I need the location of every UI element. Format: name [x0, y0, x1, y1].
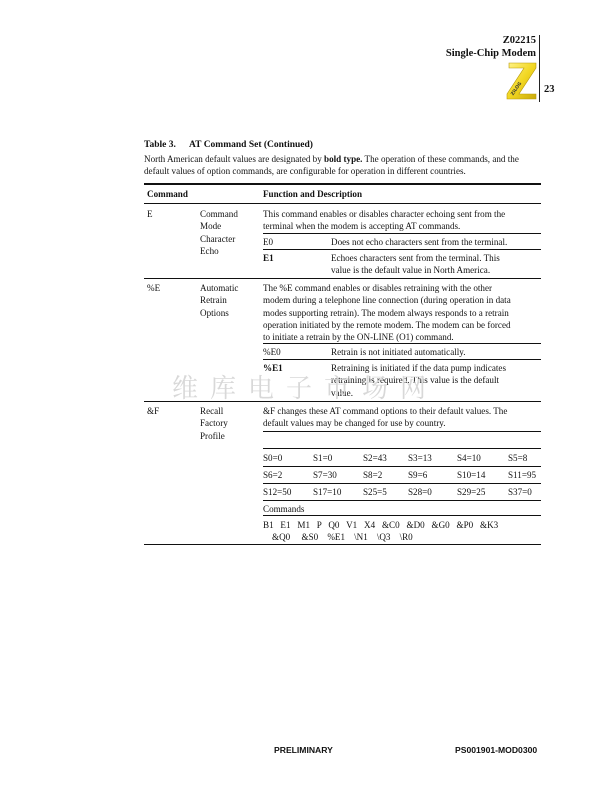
table-rule: [263, 233, 541, 234]
command-description: default values may be changed for use by…: [263, 417, 445, 429]
option-value-default: E1: [263, 252, 274, 264]
command-description: &F changes these AT command options to t…: [263, 405, 507, 417]
table-caption: AT Command Set (Continued): [189, 140, 313, 150]
table-note: North American default values are design…: [144, 153, 544, 178]
command-description: operation initiated by the remote modem.…: [263, 319, 511, 331]
option-description: value is the default value in North Amer…: [331, 264, 490, 276]
s-register-value: S37=0: [508, 486, 532, 498]
table-title: Table 3.AT Command Set (Continued): [144, 140, 313, 150]
document-id: Z02215: [503, 34, 536, 47]
table-rule: [263, 249, 541, 250]
command-description: modem during a telephone line connection…: [263, 294, 511, 306]
s-register-value: S5=8: [508, 452, 527, 464]
s-register-value: S12=50: [263, 486, 291, 498]
command-code: E: [147, 208, 153, 220]
command-description: This command enables or disables charact…: [263, 208, 505, 220]
watermark: 维库电子市场网: [172, 368, 438, 405]
option-description: Does not echo characters sent from the t…: [331, 236, 507, 248]
footer-doc-number: PS001901-MOD0300: [455, 745, 537, 755]
option-value: %E0: [263, 346, 281, 358]
table-note-text: North American default values are design…: [144, 154, 324, 164]
default-commands-list: &Q0 &S0 %E1 \N1 \Q3 \R0: [272, 531, 413, 543]
command-name: Automatic: [200, 282, 238, 294]
column-header-command: Command: [147, 188, 188, 200]
table-rule: [263, 500, 541, 501]
table-rule: [263, 448, 541, 449]
command-description: terminal when the modem is accepting AT …: [263, 220, 460, 232]
command-name: Profile: [200, 430, 225, 442]
s-register-value: S6=2: [263, 469, 282, 481]
s-register-value: S11=95: [508, 469, 536, 481]
s-register-value: S8=2: [363, 469, 382, 481]
command-name: Character: [200, 233, 235, 245]
table-note-bold: bold type.: [324, 154, 362, 164]
table-rule: [263, 483, 541, 484]
table-rule: [263, 343, 541, 344]
zilog-z-logo-icon: ZiLOG: [503, 60, 537, 100]
table-rule: [263, 431, 541, 432]
command-name: Options: [200, 307, 229, 319]
s-register-value: S28=0: [408, 486, 432, 498]
s-register-value: S7=30: [313, 469, 337, 481]
table-rule: [144, 278, 541, 279]
table-number: Table 3.: [144, 140, 189, 150]
s-register-value: S0=0: [263, 452, 282, 464]
s-register-value: S10=14: [457, 469, 485, 481]
command-description: The %E command enables or disables retra…: [263, 282, 492, 294]
table-rule: [144, 183, 541, 185]
command-name: Retrain: [200, 294, 227, 306]
table-rule: [263, 466, 541, 467]
command-description: modes supporting retrain). The modem alw…: [263, 307, 509, 319]
command-name: Recall: [200, 405, 223, 417]
command-name: Command: [200, 208, 238, 220]
s-register-value: S3=13: [408, 452, 432, 464]
s-register-value: S25=5: [363, 486, 387, 498]
page-number: 23: [544, 84, 555, 95]
s-register-value: S4=10: [457, 452, 481, 464]
document-subtitle: Single-Chip Modem: [446, 47, 536, 60]
column-header-function: Function and Description: [263, 188, 362, 200]
table-rule: [144, 544, 541, 545]
option-description: Retrain is not initiated automatically.: [331, 346, 466, 358]
command-name: Echo: [200, 245, 219, 257]
s-register-value: S1=0: [313, 452, 332, 464]
s-register-value: S29=25: [457, 486, 485, 498]
command-code: %E: [147, 282, 160, 294]
option-description: Echoes characters sent from the terminal…: [331, 252, 500, 264]
s-register-value: S9=6: [408, 469, 427, 481]
s-register-value: S17=10: [313, 486, 341, 498]
s-register-value: S2=43: [363, 452, 387, 464]
command-name: Mode: [200, 220, 221, 232]
table-rule: [144, 203, 541, 204]
table-rule: [263, 515, 541, 516]
option-value: E0: [263, 236, 273, 248]
header-divider: [539, 35, 540, 102]
footer-status: PRELIMINARY: [274, 745, 333, 755]
command-code: &F: [147, 405, 159, 417]
default-commands-list: B1 E1 M1 P Q0 V1 X4 &C0 &D0 &G0 &P0 &K3: [263, 519, 498, 531]
commands-label: Commands: [263, 503, 304, 515]
table-rule: [263, 359, 541, 360]
command-description: to initiate a retrain by the ON-LINE (O1…: [263, 331, 454, 343]
command-name: Factory: [200, 417, 228, 429]
